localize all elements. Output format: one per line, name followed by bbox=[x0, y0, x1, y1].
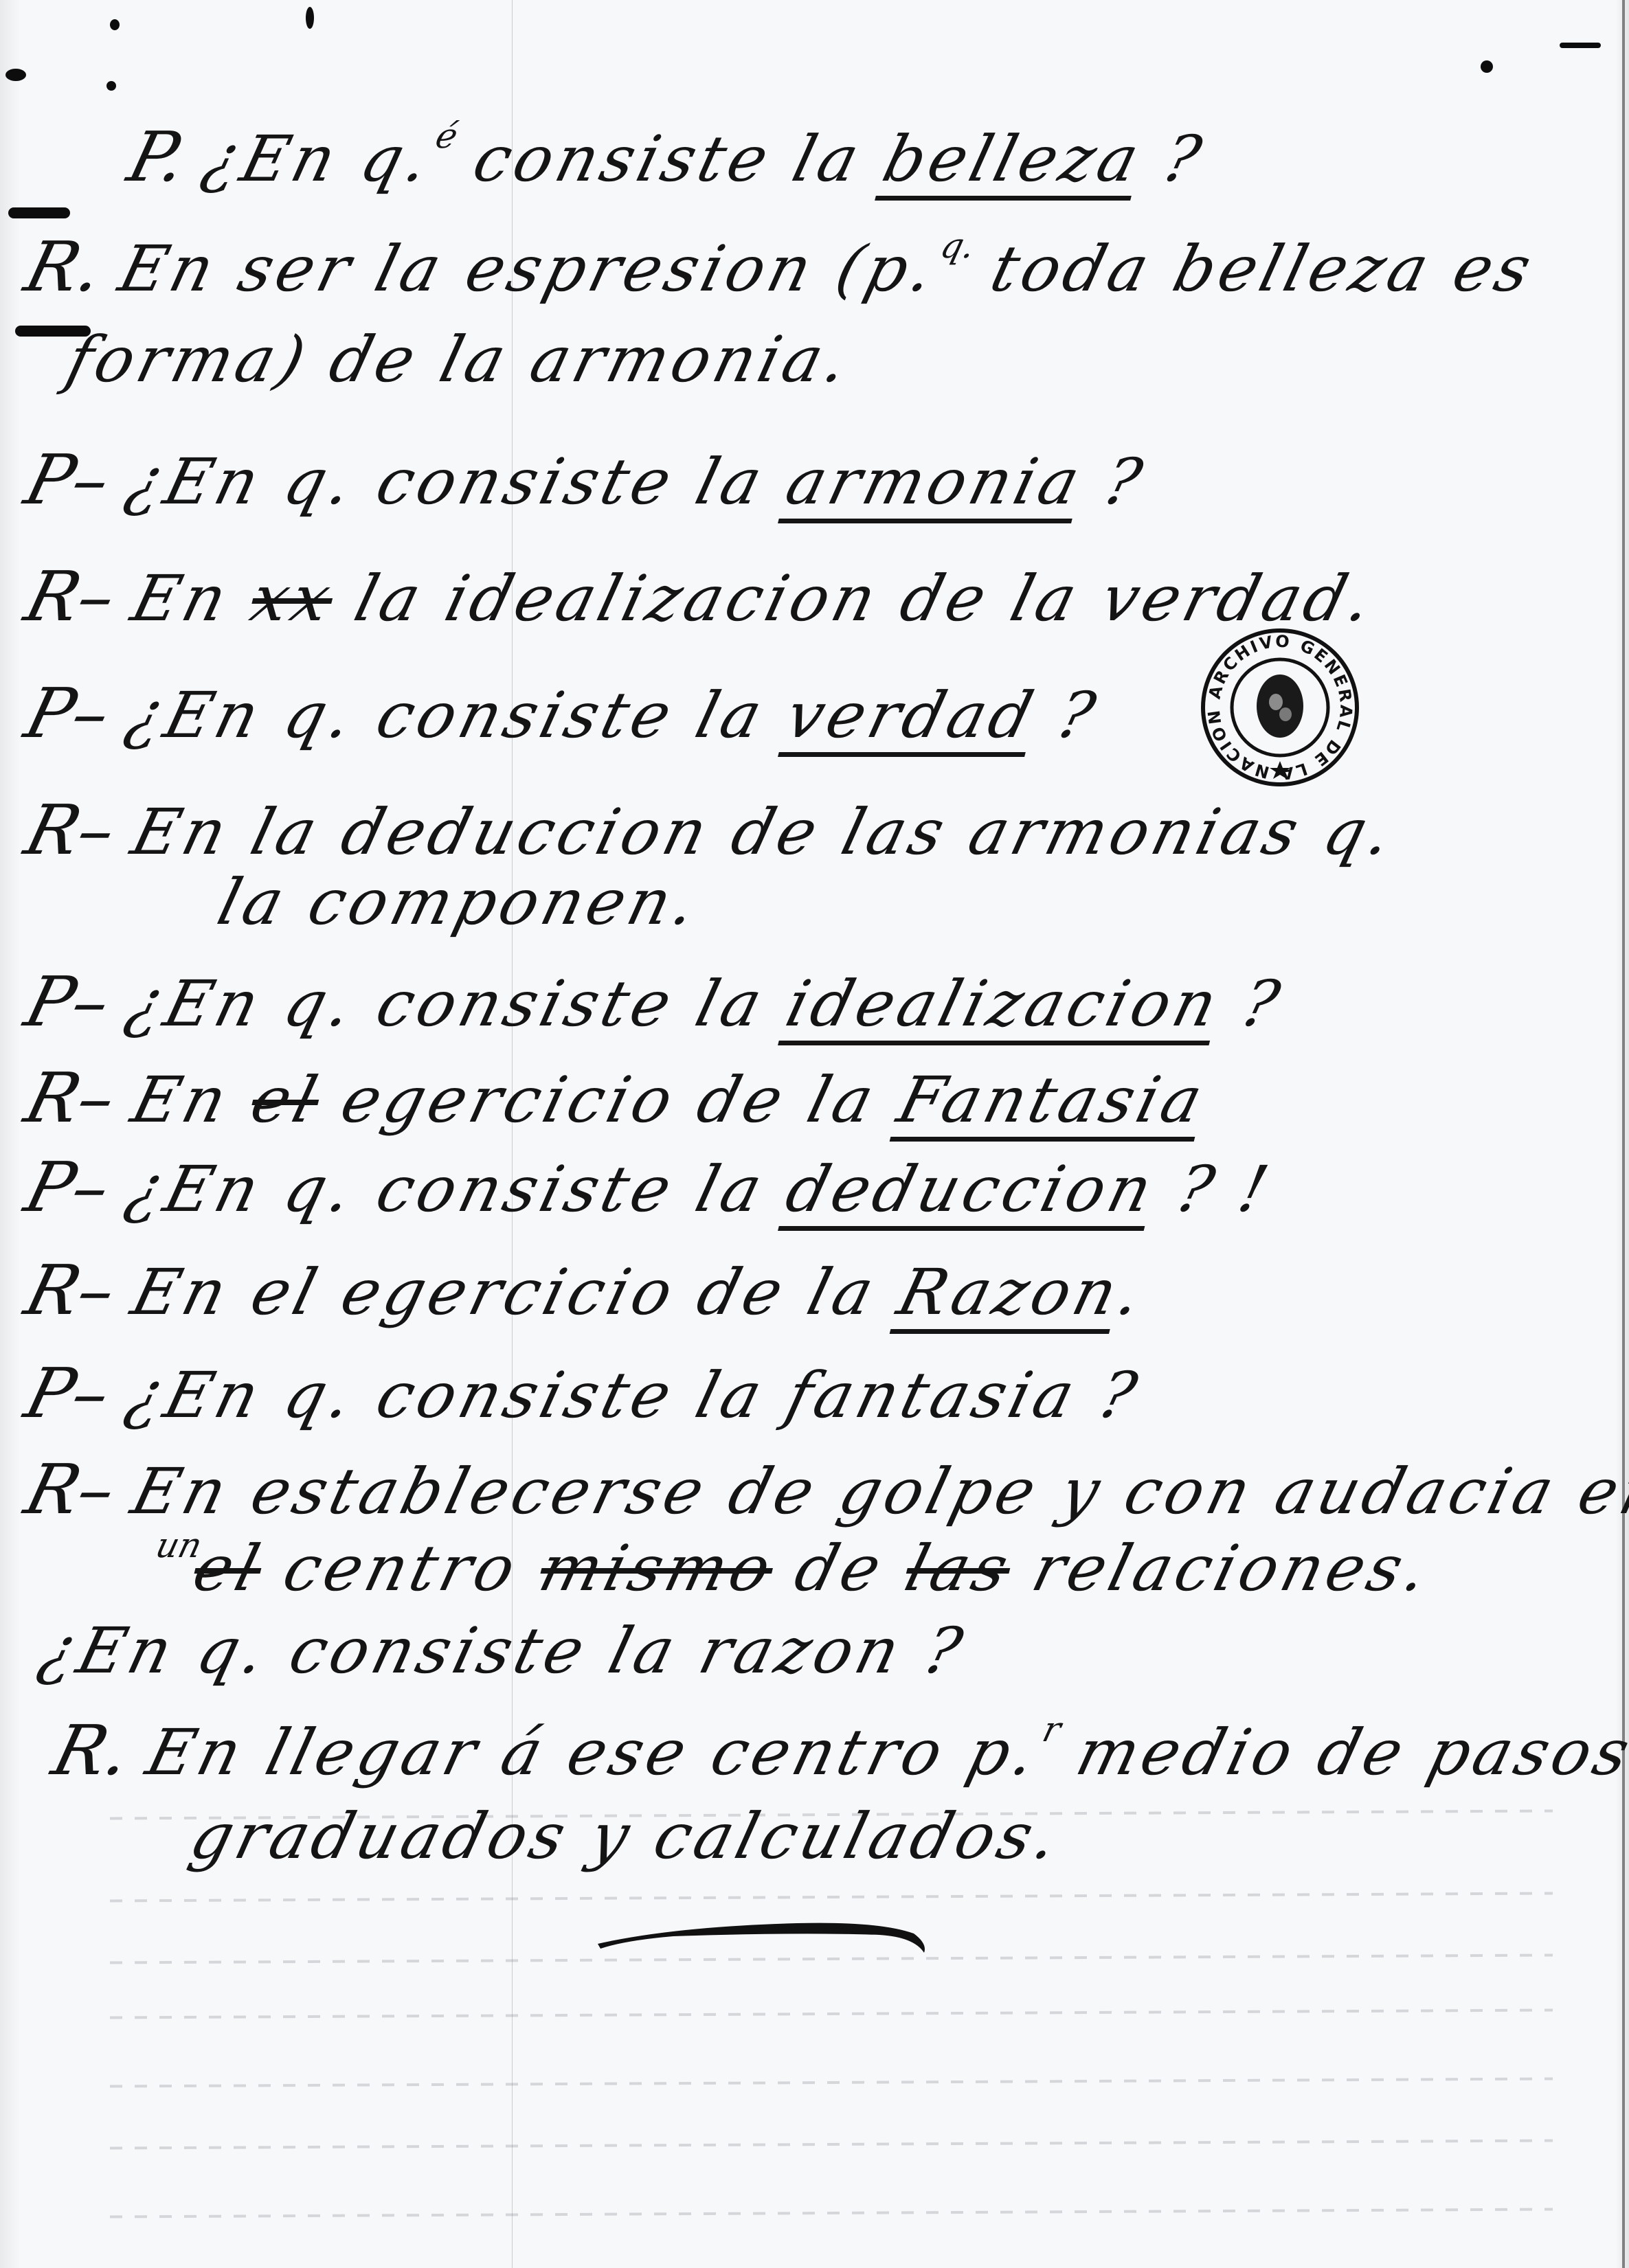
ink-blot bbox=[110, 19, 120, 30]
line-text: En ser la espresion (p. bbox=[112, 232, 945, 306]
line-text: En bbox=[124, 1063, 262, 1137]
line-text: ¿En q. consiste la razon ? bbox=[32, 1614, 974, 1688]
answer-marker: R– bbox=[17, 1250, 123, 1330]
line-text: En llegar á ese centro p. bbox=[139, 1716, 1047, 1789]
margin-dash-mark bbox=[8, 207, 70, 218]
answer-line-fantasia: R–En establecerse de golpe y con audacia… bbox=[17, 1449, 1629, 1530]
line-text: ¿En q. consiste la bbox=[119, 1153, 797, 1226]
line-text: egercicio de la bbox=[310, 1063, 909, 1137]
underlined-term: verdad bbox=[779, 679, 1044, 752]
answer-continuation-line: forma) de la armonia. bbox=[60, 323, 860, 396]
underlined-term: armonia bbox=[779, 445, 1091, 519]
struck-text: mismo bbox=[532, 1532, 782, 1605]
answer-marker: R– bbox=[17, 790, 123, 870]
archive-stamp: ARCHIVO GENERAL DE LA NACION ARGENTINA bbox=[1199, 626, 1361, 789]
underlined-term: belleza bbox=[876, 122, 1150, 196]
line-text: ¿En q. consiste la fantasia ? bbox=[119, 1359, 1147, 1432]
question-marker: P– bbox=[17, 440, 117, 520]
answer-line-deduccion: R–En el egercicio de la Razon. bbox=[17, 1250, 1154, 1330]
line-text: ? ! bbox=[1145, 1153, 1279, 1226]
ink-blot bbox=[306, 7, 314, 29]
question-marker: P– bbox=[17, 673, 117, 753]
underlined-term: idealizacion bbox=[779, 967, 1228, 1041]
answer-continuation-line: unel centro mismo de las relaciones. bbox=[142, 1532, 1439, 1605]
question-marker: P– bbox=[17, 962, 117, 1042]
answer-marker: R. bbox=[17, 227, 111, 307]
paper-edge bbox=[1622, 0, 1625, 2268]
question-line-deduccion: P–¿En q. consiste la deduccion ? ! bbox=[17, 1147, 1280, 1227]
answer-continuation-line: la componen. bbox=[211, 865, 708, 939]
bleed-through-line bbox=[110, 2078, 1553, 2088]
line-text: centro bbox=[252, 1532, 551, 1605]
bleed-through-line bbox=[110, 2208, 1553, 2219]
line-text: En el egercicio de la bbox=[124, 1256, 909, 1329]
bleed-through-line bbox=[110, 2009, 1553, 2019]
archive-seal-icon: ARCHIVO GENERAL DE LA NACION ARGENTINA bbox=[1199, 626, 1361, 789]
underlined-term: Fantasia bbox=[890, 1063, 1213, 1137]
margin-dash-mark bbox=[1560, 43, 1601, 48]
answer-line-belleza: R.En ser la espresion (p.q. toda belleza… bbox=[17, 227, 1543, 307]
closing-flourish bbox=[591, 1913, 934, 1954]
question-marker: P– bbox=[17, 1147, 117, 1227]
line-text: En la deduccion de las armonias q. bbox=[124, 795, 1403, 869]
answer-marker: R– bbox=[17, 1449, 123, 1530]
question-marker: P– bbox=[17, 1353, 117, 1433]
manuscript-page: P.¿En q.é consiste la belleza ? R.En ser… bbox=[0, 0, 1629, 2268]
question-line-idealizacion: P–¿En q. consiste la idealizacion ? bbox=[17, 962, 1292, 1042]
line-text: forma) de la armonia. bbox=[60, 323, 860, 396]
answer-line-idealizacion: R–En el egercicio de la Fantasia bbox=[17, 1058, 1215, 1138]
underlined-term: deduccion bbox=[779, 1153, 1163, 1226]
answer-line-verdad: R–En la deduccion de las armonias q. bbox=[17, 790, 1404, 870]
bleed-through-line bbox=[110, 2140, 1553, 2150]
answer-marker: R. bbox=[45, 1710, 138, 1791]
bleed-through-line bbox=[110, 1954, 1553, 1964]
line-text: relaciones. bbox=[1001, 1532, 1439, 1605]
line-text: ¿En q. consiste la bbox=[119, 679, 797, 752]
answer-line-armonia: R–En xx la idealizacion de la verdad. bbox=[17, 556, 1384, 637]
question-line-razon: ¿En q. consiste la razon ? bbox=[32, 1614, 974, 1688]
question-marker: P. bbox=[120, 117, 194, 197]
bleed-through-line bbox=[110, 1892, 1553, 1903]
answer-marker: R– bbox=[17, 556, 123, 637]
line-text: consiste la bbox=[442, 122, 894, 196]
line-text: de bbox=[764, 1532, 917, 1605]
answer-marker: R– bbox=[17, 1058, 123, 1138]
question-line-verdad: P–¿En q. consiste la verdad ? bbox=[17, 673, 1108, 753]
question-line-armonia: P–¿En q. consiste la armonia ? bbox=[17, 440, 1154, 520]
line-text: ¿En q. consiste la bbox=[119, 445, 797, 519]
line-text: medio de pasos bbox=[1045, 1716, 1629, 1789]
line-text: graduados y calculados. bbox=[183, 1800, 1069, 1873]
answer-continuation-line: graduados y calculados. bbox=[183, 1800, 1069, 1873]
answer-line-razon: R.En llegar á ese centro p.r medio de pa… bbox=[45, 1710, 1629, 1791]
ink-blot bbox=[106, 81, 116, 91]
ink-blot bbox=[1481, 60, 1493, 73]
line-text: la componen. bbox=[211, 865, 708, 939]
line-text: En bbox=[124, 562, 262, 635]
ink-blot bbox=[5, 69, 26, 81]
line-text: ¿En q. consiste la bbox=[119, 967, 797, 1041]
line-text: ¿En q. bbox=[196, 122, 440, 196]
struck-text: las bbox=[898, 1532, 1019, 1605]
question-line-fantasia: P–¿En q. consiste la fantasia ? bbox=[17, 1353, 1149, 1433]
line-text: En establecerse de golpe y con audacia e… bbox=[124, 1455, 1629, 1528]
question-line-belleza: P.¿En q.é consiste la belleza ? bbox=[120, 117, 1213, 197]
underlined-term: Razon bbox=[890, 1256, 1128, 1329]
line-text: la idealizacion de la verdad. bbox=[324, 562, 1383, 635]
line-text: toda belleza es bbox=[959, 232, 1542, 306]
